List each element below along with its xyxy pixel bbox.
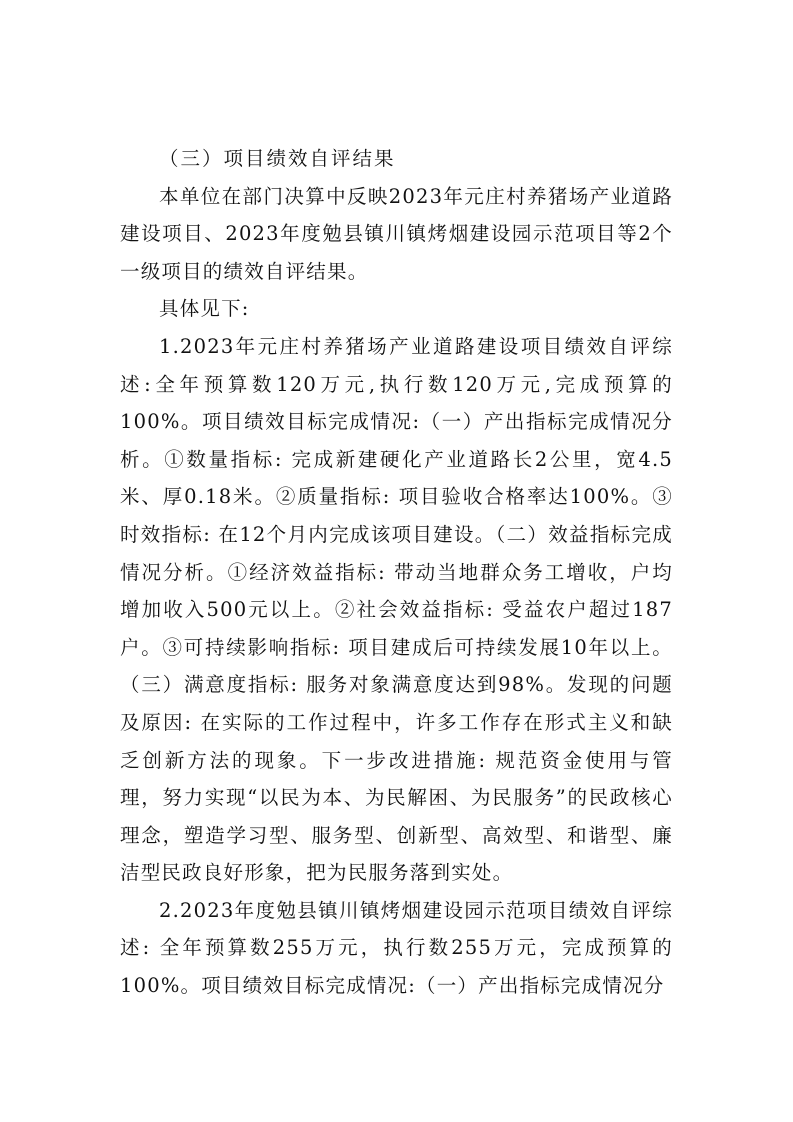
intro-paragraph: 本单位在部门决算中反映2023年元庄村养猪场产业道路建设项目、2023年度勉县镇… <box>120 178 673 291</box>
details-lead-paragraph: 具体见下: <box>120 290 673 328</box>
section-heading: （三）项目绩效自评结果 <box>120 140 673 178</box>
document-page: （三）项目绩效自评结果 本单位在部门决算中反映2023年元庄村养猪场产业道路建设… <box>120 140 673 1005</box>
project-2-paragraph: 2.2023年度勉县镇川镇烤烟建设园示范项目绩效自评综述: 全年预算数255万元… <box>120 892 673 1005</box>
project-1-paragraph: 1.2023年元庄村养猪场产业道路建设项目绩效自评综述:全年预算数120万元,执… <box>120 328 673 892</box>
